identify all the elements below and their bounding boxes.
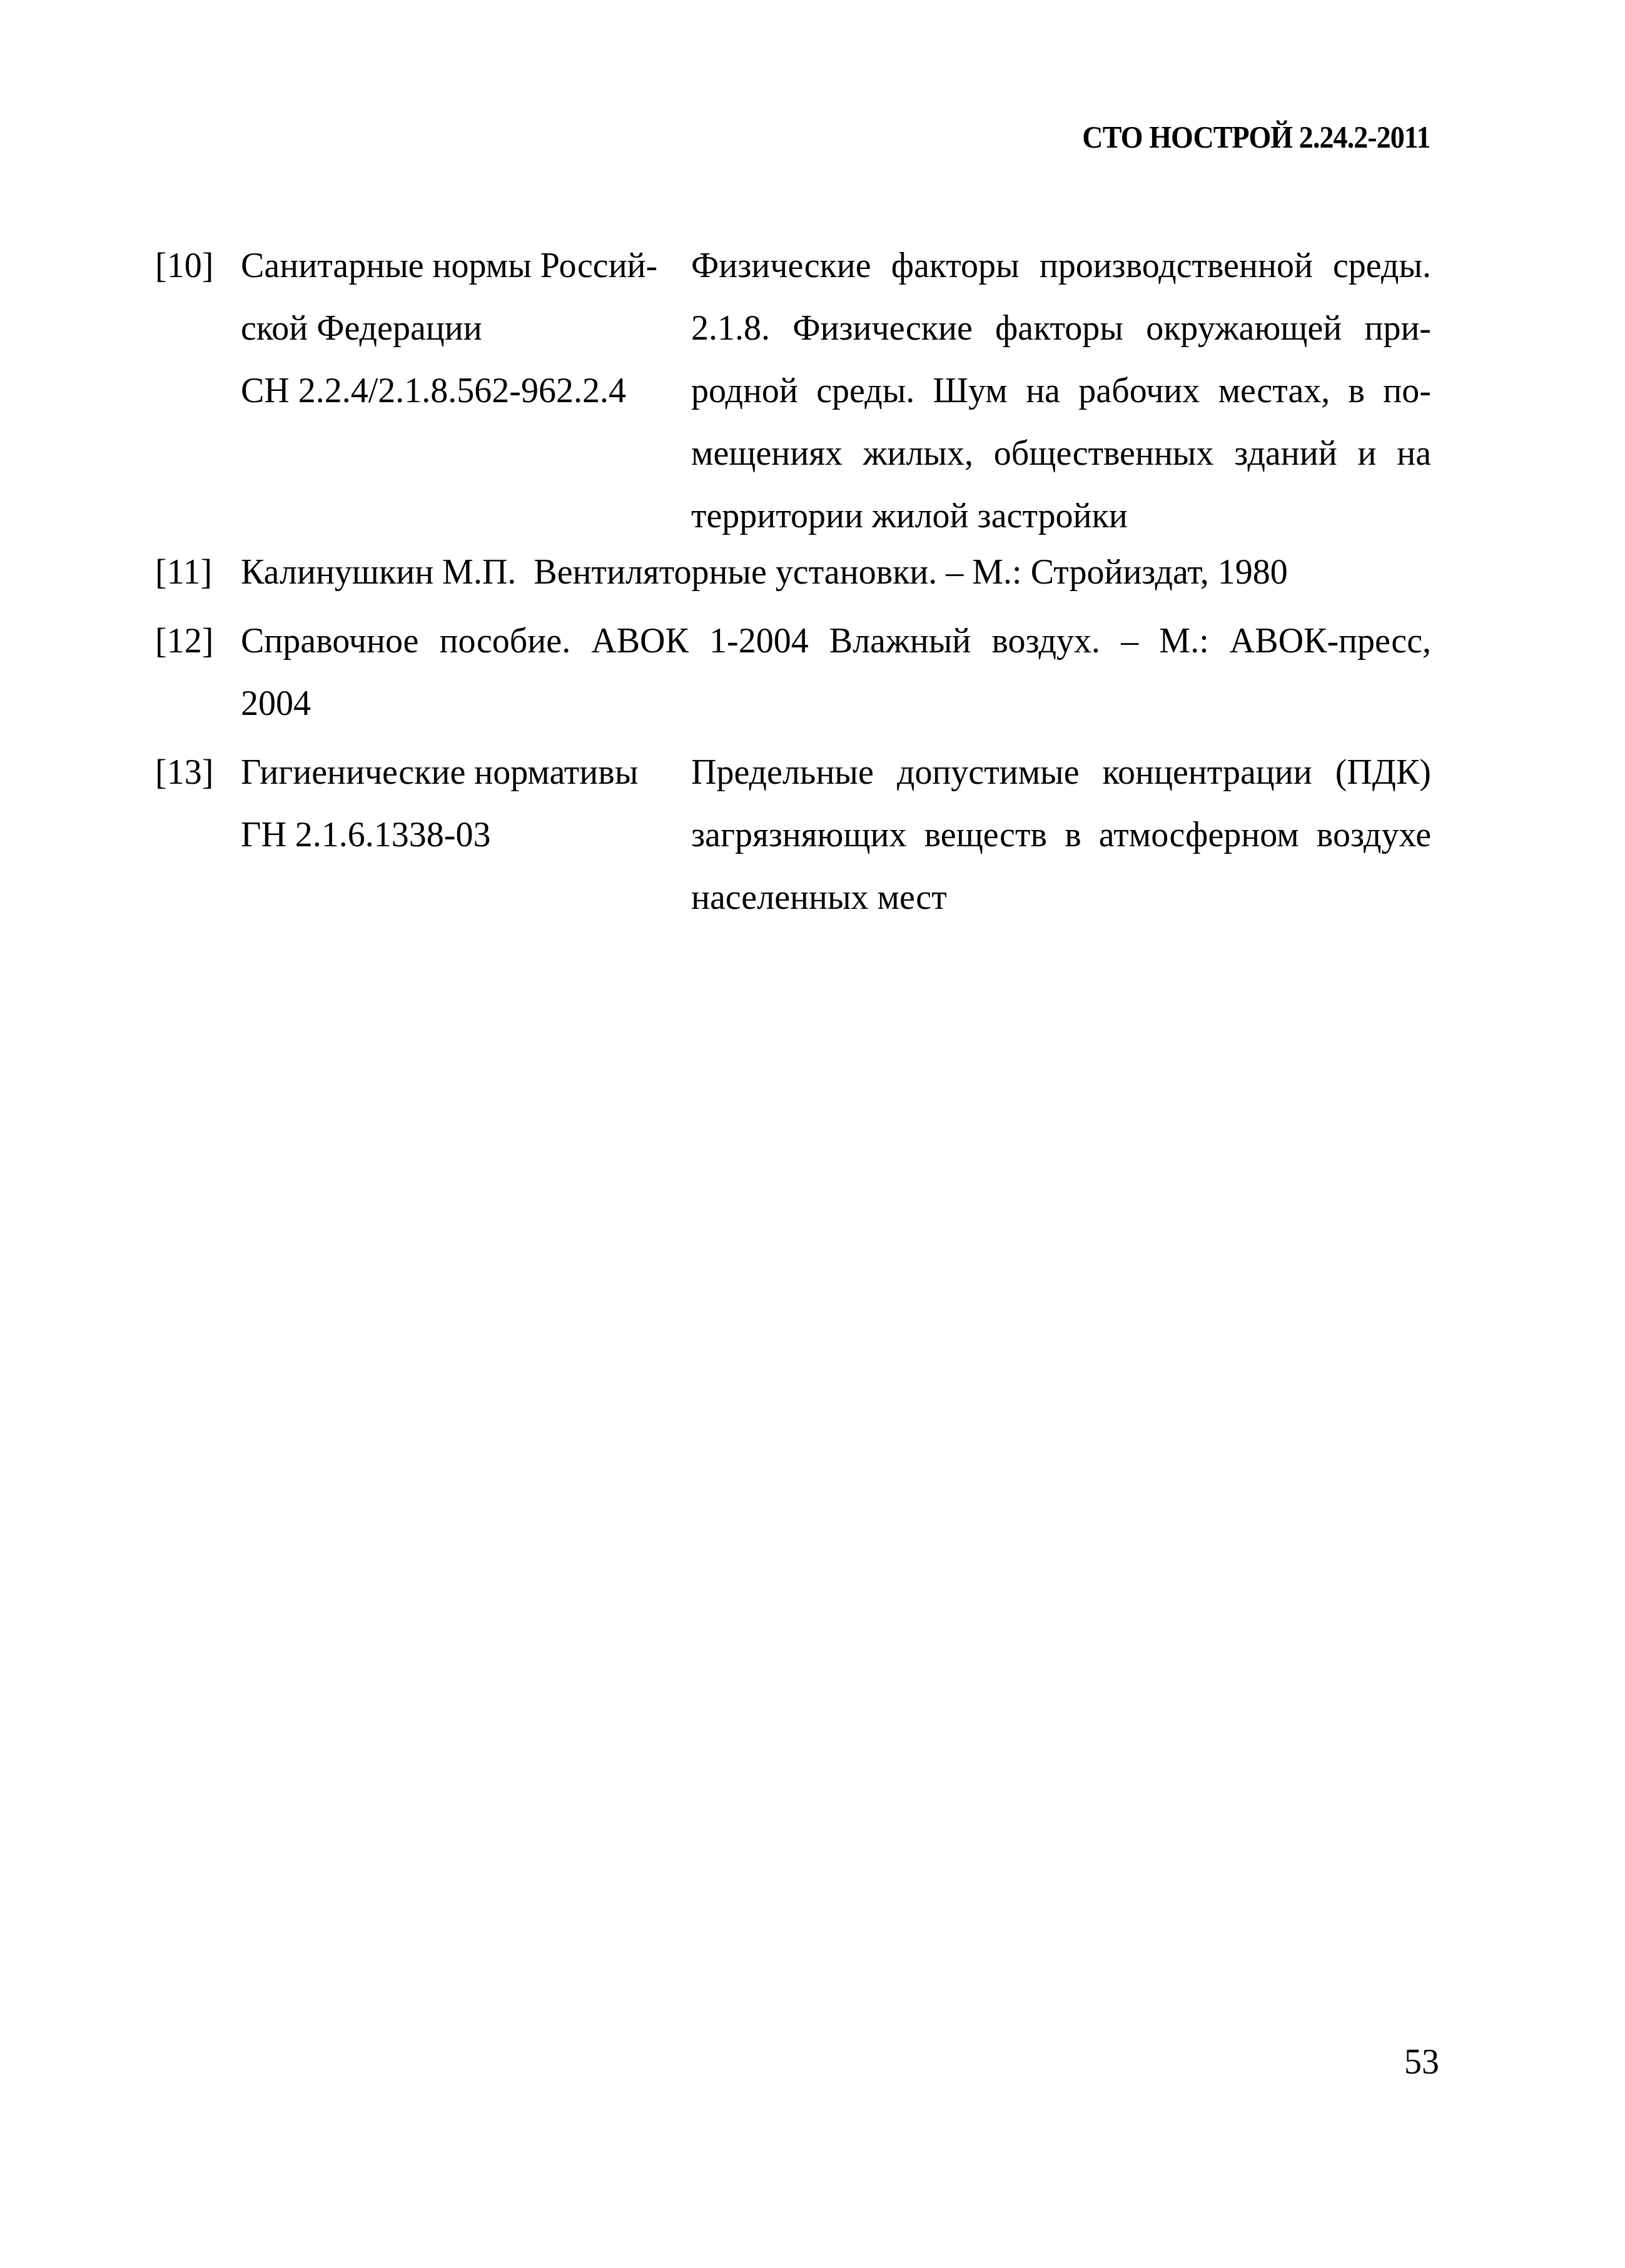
text-line: Физические факторы производственной сред… [691,235,1431,297]
text-line: Справочное пособие. АВОК 1-2004 Влажный … [241,610,1431,672]
reference-text: Калинушкин М.П. Вентиляторные установки.… [241,541,1431,604]
text-line: населенных мест [691,866,1431,929]
text-line: мещениях жилых, общественных зданий и на [691,422,1431,485]
reference-number: [10] [155,235,213,297]
text-line: Калинушкин М.П. Вентиляторные установки.… [241,541,1431,604]
reference-description: Физические факторы производственной сред… [691,235,1431,547]
reference-title: Санитарные нормы Россий- ской Федерации … [241,235,679,422]
text-line: Санитарные нормы Россий- [241,235,679,297]
reference-title: Гигиенические нормативы ГН 2.1.6.1338-03 [241,741,679,866]
reference-text: Справочное пособие. АВОК 1-2004 Влажный … [241,610,1431,735]
reference-description: Предельные допустимые концентрации (ПДК)… [691,741,1431,929]
text-line: Гигиенические нормативы [241,741,679,804]
text-line: Предельные допустимые концентрации (ПДК) [691,741,1431,804]
reference-number: [13] [155,741,213,804]
text-line: СН 2.2.4/2.1.8.562-962.2.4 [241,360,679,422]
page-number: 53 [1404,2042,1439,2082]
reference-number: [12] [155,610,213,672]
text-line: родной среды. Шум на рабочих местах, в п… [691,360,1431,422]
text-line: ской Федерации [241,297,679,360]
document-code-header: СТО НОСТРОЙ 2.24.2-2011 [1082,119,1430,155]
text-line: 2.1.8. Физические факторы окружающей при… [691,297,1431,360]
text-line: ГН 2.1.6.1338-03 [241,804,679,866]
text-line: территории жилой застройки [691,485,1431,547]
reference-number: [11] [155,541,212,604]
text-line: загрязняющих веществ в атмосферном возду… [691,804,1431,866]
text-line: 2004 [241,672,1431,735]
